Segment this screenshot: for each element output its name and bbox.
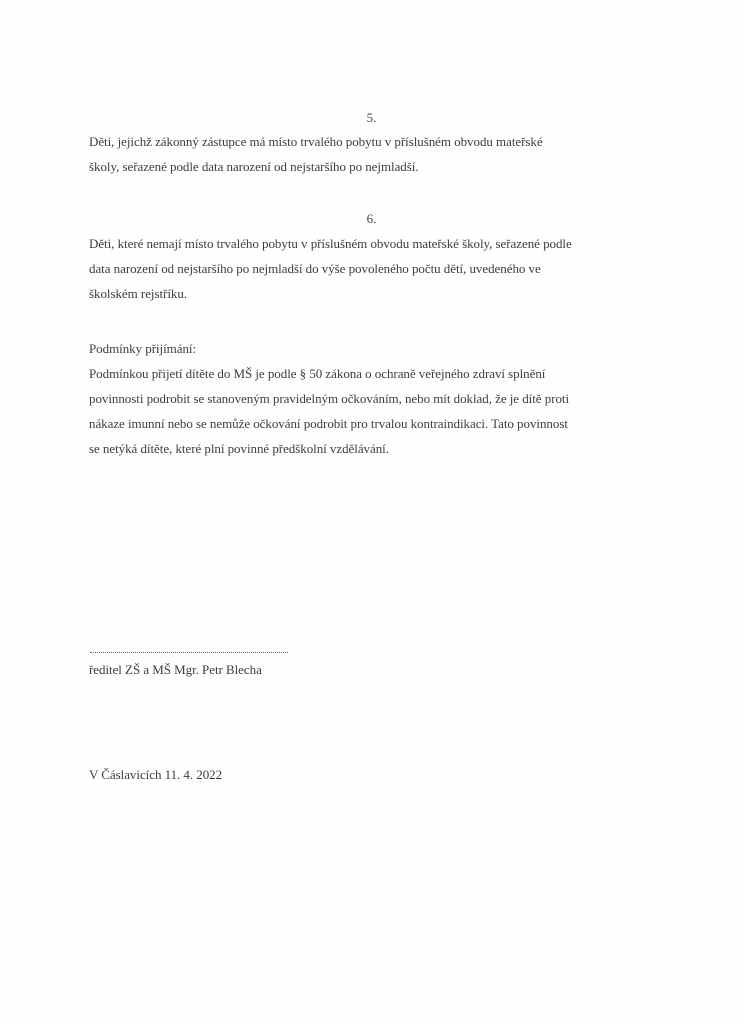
- section-6-line-2: data narození od nejstaršího po nejmladš…: [89, 261, 541, 277]
- signature-dotted-line: [90, 652, 288, 654]
- conditions-line-4: se netýká dítěte, které plní povinné pře…: [89, 441, 389, 457]
- section-number-6: 6.: [0, 211, 743, 227]
- section-5-line-1: Děti, jejichž zákonný zástupce má místo …: [89, 134, 543, 150]
- conditions-line-1: Podmínkou přijetí dítěte do MŠ je podle …: [89, 366, 545, 382]
- conditions-heading: Podmínky přijímání:: [89, 341, 196, 357]
- conditions-line-3: nákaze imunní nebo se nemůže očkování po…: [89, 416, 568, 432]
- section-number-5: 5.: [0, 110, 743, 126]
- signature-name: ředitel ZŠ a MŠ Mgr. Petr Blecha: [89, 662, 262, 678]
- section-6-line-3: školském rejstříku.: [89, 286, 187, 302]
- document-page: 5. Děti, jejichž zákonný zástupce má mís…: [0, 0, 743, 1024]
- section-6-line-1: Děti, které nemají místo trvalého pobytu…: [89, 236, 572, 252]
- place-and-date: V Čáslavicích 11. 4. 2022: [89, 767, 222, 783]
- section-5-line-2: školy, seřazené podle data narození od n…: [89, 159, 419, 175]
- conditions-line-2: povinnosti podrobit se stanoveným pravid…: [89, 391, 569, 407]
